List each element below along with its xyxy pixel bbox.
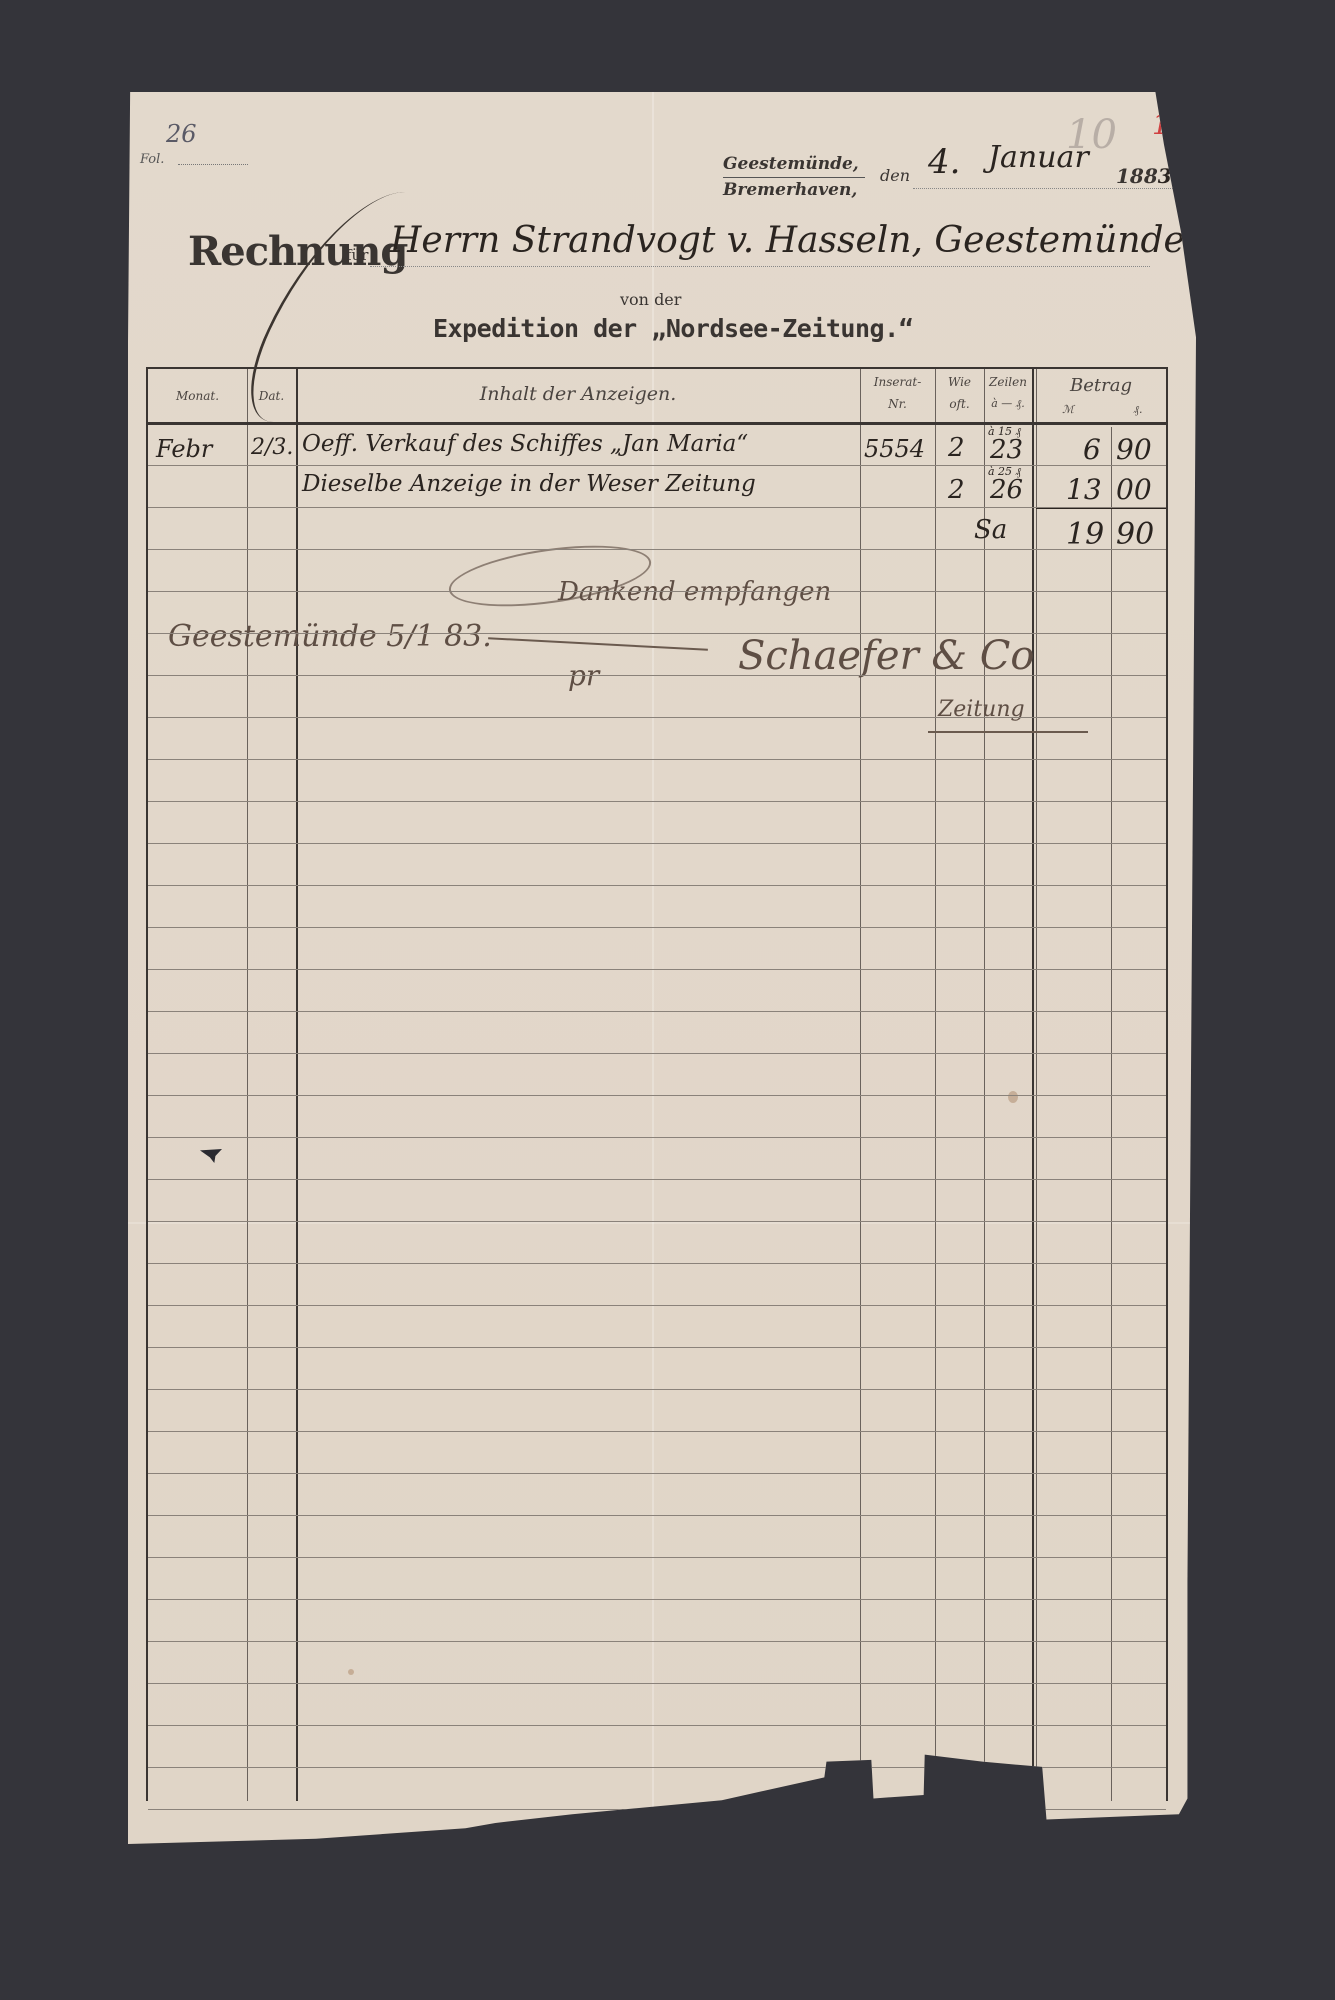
red-mark: 1 — [1152, 108, 1170, 141]
header-mark: ℳ — [1048, 403, 1088, 416]
folio-label: Fol. — [140, 152, 164, 167]
table-row — [148, 1305, 1166, 1306]
row1-pf: 90 — [1116, 433, 1152, 466]
table-row — [148, 1473, 1166, 1474]
table-row — [148, 591, 1166, 592]
col-divider-monat-dat — [247, 369, 248, 1801]
table-row — [148, 549, 1166, 550]
table-row — [148, 1767, 1166, 1768]
header-pf: ₰. — [1118, 403, 1158, 416]
recipient-name: Herrn Strandvogt v. Hasseln, Geestemünde — [390, 220, 1185, 261]
table-row — [148, 1221, 1166, 1222]
table-row — [148, 1557, 1166, 1558]
table-row — [148, 675, 1166, 676]
col-divider-inserat-wie — [935, 369, 936, 1801]
receipt-underline — [928, 731, 1088, 733]
folio-number: 26 — [166, 120, 197, 148]
den-label: den — [880, 166, 910, 185]
table-row — [148, 1137, 1166, 1138]
row1-mark: 6 — [1083, 433, 1101, 466]
recipient-dotted-line — [370, 266, 1150, 267]
row2-zeilen: 26 — [990, 475, 1023, 505]
header-monat: Monat. — [148, 389, 247, 403]
place-rule — [723, 177, 865, 178]
table-row — [148, 1095, 1166, 1096]
table-row — [148, 1431, 1166, 1432]
table-row — [148, 927, 1166, 928]
invoice-title: Rechnung — [188, 228, 407, 275]
col-divider-zeilen-betrag — [1032, 369, 1034, 1801]
row2-pf: 00 — [1116, 473, 1152, 506]
header-zeilen-2: à — ₰. — [984, 397, 1032, 410]
invoice-table: Monat. Dat. Inhalt der Anzeigen. Inserat… — [146, 367, 1168, 1801]
paper-hole — [200, 1149, 222, 1163]
table-row — [148, 801, 1166, 802]
row1-dat: 2/3. — [251, 435, 293, 460]
table-row — [148, 633, 1166, 634]
header-wie-2: oft. — [935, 397, 984, 411]
header-betrag: Betrag — [1036, 375, 1166, 396]
stain — [1008, 1091, 1018, 1103]
table-row — [148, 969, 1166, 970]
sum-mark: 19 — [1066, 517, 1104, 552]
row1-inhalt: Oeff. Verkauf des Schiffes „Jan Maria“ — [302, 431, 748, 457]
year-suffix: 3 — [1158, 164, 1172, 188]
year-prefix: 188 — [1116, 164, 1158, 188]
row1-inserat: 5554 — [864, 435, 925, 463]
table-row — [148, 885, 1166, 886]
sum-label: Sa — [974, 515, 1007, 545]
table-row — [148, 759, 1166, 760]
fuer-label: für — [346, 246, 368, 264]
receipt-dankend: Dankend empfangen — [558, 577, 831, 607]
invoice-paper: 26 Fol. 10 1 Geestemünde, Bremerhaven, d… — [128, 92, 1196, 1844]
table-row — [148, 1263, 1166, 1264]
col-divider-inhalt-inserat — [860, 369, 861, 1801]
place-geestemuende: Geestemünde, — [723, 154, 859, 174]
date-day: 4. — [928, 142, 960, 182]
table-row — [148, 1179, 1166, 1180]
table-row — [148, 717, 1166, 718]
header-inserat-2: Nr. — [860, 397, 935, 411]
table-row — [148, 1599, 1166, 1600]
header-inhalt: Inhalt der Anzeigen. — [296, 383, 860, 405]
header-inserat-1: Inserat- — [860, 375, 935, 389]
table-row — [148, 1683, 1166, 1684]
col-divider-dat-inhalt — [296, 369, 298, 1801]
table-row — [148, 507, 1166, 508]
row1-zeilen: 23 — [990, 435, 1023, 465]
sum-pf: 90 — [1116, 517, 1154, 552]
table-row — [148, 1725, 1166, 1726]
col-divider-zeilen-betrag-double — [1036, 369, 1037, 1801]
folio-dotted-line — [178, 164, 248, 165]
table-row — [148, 843, 1166, 844]
table-row — [148, 1011, 1166, 1012]
table-row — [148, 1809, 1166, 1810]
receipt-signature: Schaefer & Co — [738, 633, 1034, 679]
header-wie-1: Wie — [935, 375, 984, 389]
date-dotted-line — [913, 188, 1213, 189]
row1-monat: Febr — [156, 435, 212, 463]
von-der-label: von der — [620, 290, 681, 309]
receipt-place-date: Geestemünde 5/1 83. — [168, 619, 492, 654]
receipt-signature-sub: Zeitung — [938, 697, 1025, 722]
date-month: Januar — [988, 140, 1089, 175]
stain — [348, 1669, 354, 1675]
receipt-stroke — [488, 637, 708, 651]
table-row — [148, 1641, 1166, 1642]
row2-mark: 13 — [1066, 473, 1102, 506]
issuer-name: Expedition der „Nordsee-Zeitung.“ — [433, 314, 913, 343]
header-zeilen-1: Zeilen — [984, 375, 1032, 389]
header-dat: Dat. — [247, 389, 296, 403]
row2-wie-oft: 2 — [948, 475, 965, 505]
table-row — [148, 1347, 1166, 1348]
table-row — [148, 465, 1166, 466]
row2-inhalt: Dieselbe Anzeige in der Weser Zeitung — [302, 471, 756, 497]
table-row — [148, 1053, 1166, 1054]
table-row — [148, 1389, 1166, 1390]
year: 1883 — [1116, 164, 1172, 188]
row1-wie-oft: 2 — [948, 433, 965, 463]
table-row — [148, 1515, 1166, 1516]
col-divider-wie-zeilen — [984, 369, 985, 1801]
place-bremerhaven: Bremerhaven, — [723, 180, 857, 200]
